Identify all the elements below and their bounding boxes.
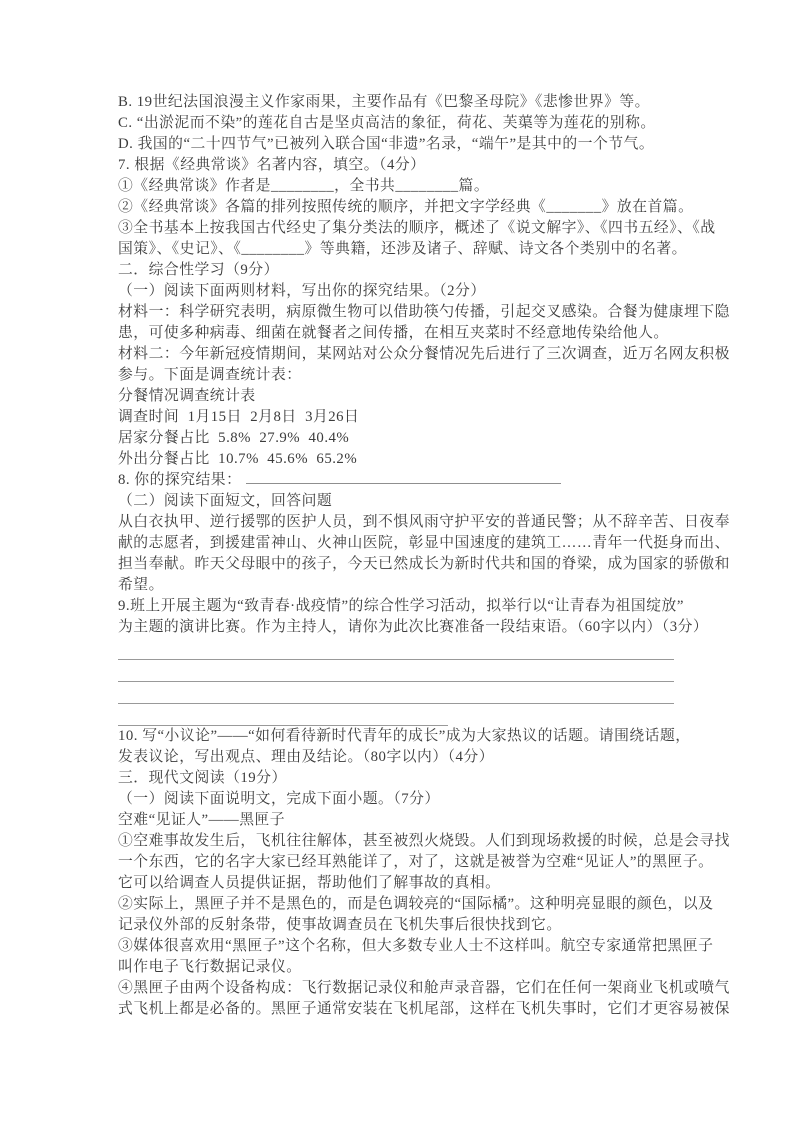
line-text: ②《经典常谈》各篇的排列按照传统的顺序，并把文字学经典《_______》放在首篇… <box>118 199 693 215</box>
line-text: 三．现代文阅读（19分） <box>118 770 287 786</box>
document-line: 参与。下面是调查统计表： <box>118 365 680 386</box>
line-text: 分餐情况调查统计表 <box>118 388 256 404</box>
document-line: 它可以给调查人员提供证据，帮助他们了解事故的真相。 <box>118 873 680 894</box>
line-text: 10. 写“小议论”——“如何看待新时代青年的成长”成为大家热议的话题。请围绕话… <box>118 728 691 744</box>
document-line: 患，可使多种病毒、细菌在就餐者之间传播，在相互夹菜时不经意地传染给他人。 <box>118 323 680 344</box>
answer-blank-line <box>246 470 561 484</box>
line-text: 献的志愿者，到援建雷神山、火神山医院，彰显中国速度的建筑工……青年一代挺身而出、 <box>118 535 730 551</box>
document-line: 为主题的演讲比赛。作为主持人，请你为此次比赛准备一段结束语。（60字以内）（3分… <box>118 617 680 638</box>
document-line: （一）阅读下面说明文，完成下面小题。（7分） <box>118 789 680 810</box>
document-line: 从白衣执甲、逆行援鄂的医护人员，到不惧风雨守护平安的普通民警；从不辞辛苦、日夜奉 <box>118 512 680 533</box>
line-text: 担当奉献。昨天父母眼中的孩子，今天已然成长为新时代共和国的脊梁，成为国家的骄傲和 <box>118 556 730 572</box>
line-text: 从白衣执甲、逆行援鄂的医护人员，到不惧风雨守护平安的普通民警；从不辞辛苦、日夜奉 <box>118 514 730 530</box>
line-text: （一）阅读下面说明文，完成下面小题。（7分） <box>118 791 440 807</box>
answer-writing-line <box>118 638 674 660</box>
line-text: （一）阅读下面两则材料，写出你的探究结果。（2分） <box>118 283 486 299</box>
document-line: （二）阅读下面短文，回答问题 <box>118 491 680 512</box>
document-line: 分餐情况调查统计表 <box>118 386 680 407</box>
document-line: 调查时间 1月15日 2月8日 3月26日 <box>118 407 680 428</box>
document-line: ②实际上，黑匣子并不是黑色的，而是色调较亮的“国际橘”。这种明亮显眼的颜色，以及 <box>118 894 680 915</box>
line-text: 材料二：今年新冠疫情期间，某网站对公众分餐情况先后进行了三次调查，近万名网友积极 <box>118 346 730 362</box>
line-text: 材料一：科学研究表明，病原微生物可以借助筷勺传播，引起交叉感染。合餐为健康埋下隐 <box>118 304 730 320</box>
line-text: 调查时间 1月15日 2月8日 3月26日 <box>118 409 359 425</box>
line-text: 希望。 <box>118 577 164 593</box>
document-body: B. 19世纪法国浪漫主义作家雨果，主要作品有《巴黎圣母院》《悲惨世界》等。 C… <box>118 92 680 1020</box>
line-text: 叫作电子飞行数据记录仪。 <box>118 959 302 975</box>
document-line: ③全书基本上按我国古代经史了集分类法的顺序，概述了《说文解字》、《四书五经》、《… <box>118 218 680 239</box>
line-text: C. “出淤泥而不染”的莲花自古是坚贞高洁的象征，荷花、芙蕖等为莲花的别称。 <box>118 115 656 131</box>
line-text: （二）阅读下面短文，回答问题 <box>118 493 332 509</box>
line-text: 一个东西，它的名字大家已经耳熟能详了，对了，这就是被誉为空难“见证人”的黑匣子。 <box>118 854 713 870</box>
document-line: 献的志愿者，到援建雷神山、火神山医院，彰显中国速度的建筑工……青年一代挺身而出、 <box>118 533 680 554</box>
line-text: 9.班上开展主题为“致青春·战疫情”的综合性学习活动，拟举行以“让青春为祖国绽放… <box>118 598 684 614</box>
line-text: ③媒体很喜欢用“黑匣子”这个名称，但大多数专业人士不这样叫。航空专家通常把黑匣子 <box>118 938 713 954</box>
line-text: 居家分餐占比 5.8% 27.9% 40.4% <box>118 430 349 446</box>
document-line: B. 19世纪法国浪漫主义作家雨果，主要作品有《巴黎圣母院》《悲惨世界》等。 <box>118 92 680 113</box>
line-text: 发表议论，写出观点、理由及结论。（80字以内）（4分） <box>118 749 494 765</box>
line-text: 国策》、《史记》、《________》等典籍，还涉及诸子、辞赋、诗文各个类别中的… <box>118 241 687 257</box>
document-line: 希望。 <box>118 575 680 596</box>
document-line: 式飞机上都是必备的。黑匣子通常安装在飞机尾部，这样在飞机失事时，它们才更容易被保 <box>118 999 680 1020</box>
document-line: ①《经典常谈》作者是________，全书共________篇。 <box>118 176 680 197</box>
line-text: 外出分餐占比 10.7% 45.6% 65.2% <box>118 451 357 467</box>
answer-writing-line <box>118 660 674 682</box>
document-line: 材料一：科学研究表明，病原微生物可以借助筷勺传播，引起交叉感染。合餐为健康埋下隐 <box>118 302 680 323</box>
line-text: D. 我国的“二十四节气”已被列入联合国“非遗”名录，“端午”是其中的一个节气。 <box>118 136 654 152</box>
line-text: 它可以给调查人员提供证据，帮助他们了解事故的真相。 <box>118 875 500 891</box>
document-line: C. “出淤泥而不染”的莲花自古是坚贞高洁的象征，荷花、芙蕖等为莲花的别称。 <box>118 113 680 134</box>
document-line: 发表议论，写出观点、理由及结论。（80字以内）（4分） <box>118 747 680 768</box>
document-line: 记录仪外部的反射条带，使事故调查员在飞机失事后很快找到它。 <box>118 915 680 936</box>
document-line: 一个东西，它的名字大家已经耳熟能详了，对了，这就是被誉为空难“见证人”的黑匣子。 <box>118 852 680 873</box>
document-line: 外出分餐占比 10.7% 45.6% 65.2% <box>118 449 680 470</box>
document-line: 二．综合性学习（9分） <box>118 260 680 281</box>
line-text: 8. 你的探究结果： <box>118 472 241 488</box>
document-line: 三．现代文阅读（19分） <box>118 768 680 789</box>
line-text: 二．综合性学习（9分） <box>118 262 279 278</box>
line-text: 记录仪外部的反射条带，使事故调查员在飞机失事后很快找到它。 <box>118 917 562 933</box>
answer-writing-line <box>118 704 448 726</box>
document-line: 9.班上开展主题为“致青春·战疫情”的综合性学习活动，拟举行以“让青春为祖国绽放… <box>118 596 680 617</box>
line-text: 空难“见证人”——黑匣子 <box>118 812 285 828</box>
document-line: D. 我国的“二十四节气”已被列入联合国“非遗”名录，“端午”是其中的一个节气。 <box>118 134 680 155</box>
document-line: 材料二：今年新冠疫情期间，某网站对公众分餐情况先后进行了三次调查，近万名网友积极 <box>118 344 680 365</box>
question-answer-line: 8. 你的探究结果： <box>118 470 680 491</box>
line-text: ①空难事故发生后，飞机往往解体，甚至被烈火烧毁。人们到现场救援的时候，总是会寻找 <box>118 833 730 849</box>
line-text: B. 19世纪法国浪漫主义作家雨果，主要作品有《巴黎圣母院》《悲惨世界》等。 <box>118 94 650 110</box>
line-text: 7. 根据《经典常谈》名著内容，填空。（4分） <box>118 157 425 173</box>
document-line: 7. 根据《经典常谈》名著内容，填空。（4分） <box>118 155 680 176</box>
line-text: 患，可使多种病毒、细菌在就餐者之间传播，在相互夹菜时不经意地传染给他人。 <box>118 325 669 341</box>
document-line: 叫作电子飞行数据记录仪。 <box>118 957 680 978</box>
document-line: 国策》、《史记》、《________》等典籍，还涉及诸子、辞赋、诗文各个类别中的… <box>118 239 680 260</box>
exam-document-page: B. 19世纪法国浪漫主义作家雨果，主要作品有《巴黎圣母院》《悲惨世界》等。 C… <box>0 0 793 1122</box>
document-line: 10. 写“小议论”——“如何看待新时代青年的成长”成为大家热议的话题。请围绕话… <box>118 726 680 747</box>
line-text: 式飞机上都是必备的。黑匣子通常安装在飞机尾部，这样在飞机失事时，它们才更容易被保 <box>118 1001 730 1017</box>
document-line: ①空难事故发生后，飞机往往解体，甚至被烈火烧毁。人们到现场救援的时候，总是会寻找 <box>118 831 680 852</box>
document-line: （一）阅读下面两则材料，写出你的探究结果。（2分） <box>118 281 680 302</box>
document-line: ④黑匣子由两个设备构成：飞行数据记录仪和舱声录音器，它们在任何一架商业飞机或喷气 <box>118 978 680 999</box>
document-line: ③媒体很喜欢用“黑匣子”这个名称，但大多数专业人士不这样叫。航空专家通常把黑匣子 <box>118 936 680 957</box>
line-text: 为主题的演讲比赛。作为主持人，请你为此次比赛准备一段结束语。（60字以内）（3分… <box>118 619 708 635</box>
line-text: ①《经典常谈》作者是________，全书共________篇。 <box>118 178 489 194</box>
answer-writing-line <box>118 682 674 704</box>
line-text: ②实际上，黑匣子并不是黑色的，而是色调较亮的“国际橘”。这种明亮显眼的颜色，以及 <box>118 896 713 912</box>
document-line: ②《经典常谈》各篇的排列按照传统的顺序，并把文字学经典《_______》放在首篇… <box>118 197 680 218</box>
document-line: 担当奉献。昨天父母眼中的孩子，今天已然成长为新时代共和国的脊梁，成为国家的骄傲和 <box>118 554 680 575</box>
document-line: 空难“见证人”——黑匣子 <box>118 810 680 831</box>
line-text: ④黑匣子由两个设备构成：飞行数据记录仪和舱声录音器，它们在任何一架商业飞机或喷气 <box>118 980 730 996</box>
line-text: ③全书基本上按我国古代经史了集分类法的顺序，概述了《说文解字》、《四书五经》、《… <box>118 220 716 236</box>
line-text: 参与。下面是调查统计表： <box>118 367 302 383</box>
document-line: 居家分餐占比 5.8% 27.9% 40.4% <box>118 428 680 449</box>
